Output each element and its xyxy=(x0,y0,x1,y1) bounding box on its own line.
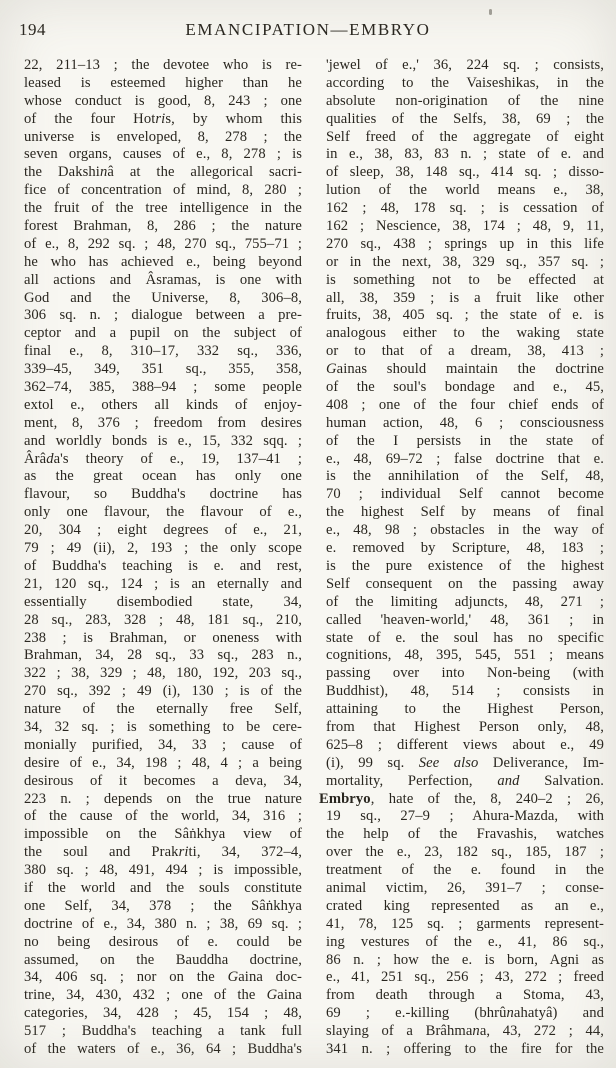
index-line: only one flavour, the flavour of e., xyxy=(17,504,302,522)
index-line: ceptor and a pupil on the subject of xyxy=(17,325,302,343)
index-entry-head: Embryo, hate of the, 8, 240–2 ; 26, xyxy=(319,791,604,809)
index-line: he who has achieved e., being beyond xyxy=(17,254,302,272)
index-line: or to that of a dream, 38, 413 ; xyxy=(319,343,604,361)
index-line: if the world and the souls constitute xyxy=(17,880,302,898)
index-line: ment, 8, 376 ; freedom from desires xyxy=(17,415,302,433)
index-line: 34, 32 sq. ; is something to be cere- xyxy=(17,719,302,737)
index-line: (i), 99 sq. See also Deliverance, Im- xyxy=(319,755,604,773)
index-line: state of e. the soul has no specific xyxy=(319,630,604,648)
index-line: Buddhist), 48, 514 ; consists in xyxy=(319,683,604,701)
index-line: 70 ; individual Self cannot become xyxy=(319,486,604,504)
index-line: slaying of a Brâhmana, 43, 272 ; 44, xyxy=(319,1023,604,1041)
index-line: is something not to be effected at xyxy=(319,272,604,290)
index-line: all actions and Âsramas, is one with xyxy=(17,272,302,290)
index-line: of the I persists in the state of xyxy=(319,433,604,451)
index-line: over the e., 23, 182 sq., 185, 187 ; xyxy=(319,844,604,862)
index-line: extol e., others all kinds of enjoy- xyxy=(17,397,302,415)
index-line: forest Brahman, 8, 286 ; the nature xyxy=(17,218,302,236)
index-line: whose conduct is good, 8, 243 ; one xyxy=(17,93,302,111)
index-line: e., 48, 98 ; obstacles in the way of xyxy=(319,522,604,540)
index-line: Self freed of the aggregate of eight xyxy=(319,129,604,147)
index-line: leased is esteemed higher than he xyxy=(17,75,302,93)
index-line: 322 ; 38, 329 ; 48, 180, 192, 203 sq., xyxy=(17,665,302,683)
index-line: analogous either to the waking state xyxy=(319,325,604,343)
index-line: 339–45, 349, 351 sq., 355, 358, xyxy=(17,361,302,379)
index-line: 270 sq., 438 ; springs up in this life xyxy=(319,236,604,254)
index-line: desirous of it becomes a deva, 34, xyxy=(17,773,302,791)
index-line: the help of the Fravashis, watches xyxy=(319,826,604,844)
index-line: nature of the eternally free Self, xyxy=(17,701,302,719)
index-line: desire of e., 34, 198 ; 48, 4 ; a being xyxy=(17,755,302,773)
index-line: mortality, Perfection, and Salvation. xyxy=(319,773,604,791)
index-line: impossible on the Sâṅkhya view of xyxy=(17,826,302,844)
index-line: 34, 406 sq. ; nor on the Gaina doc- xyxy=(17,969,302,987)
index-line: crated king represented as an e., xyxy=(319,898,604,916)
index-line: the highest Self by means of final xyxy=(319,504,604,522)
index-line: essentially disembodied state, 34, xyxy=(17,594,302,612)
index-line: Gainas should maintain the doctrine xyxy=(319,361,604,379)
index-line: 517 ; Buddha's teaching a tank full xyxy=(17,1023,302,1041)
index-line: the Dakshinâ at the allegorical sacri- xyxy=(17,164,302,182)
index-line: treatment of the e. found in the xyxy=(319,862,604,880)
index-line: of the cause of the world, 34, 316 ; xyxy=(17,808,302,826)
index-line: human action, 48, 6 ; consciousness xyxy=(319,415,604,433)
index-line: God and the Universe, 8, 306–8, xyxy=(17,290,302,308)
index-line: e., 41, 251 sq., 256 ; 43, 272 ; freed xyxy=(319,969,604,987)
index-line: final e., 8, 310–17, 332 sq., 336, xyxy=(17,343,302,361)
index-line: trine, 34, 430, 432 ; one of the Gaina xyxy=(17,987,302,1005)
index-line: animal victim, 26, 391–7 ; conse- xyxy=(319,880,604,898)
index-line: 20, 304 ; eight degrees of e., 21, xyxy=(17,522,302,540)
index-line: all, 38, 359 ; is a fruit like other xyxy=(319,290,604,308)
index-line: cognitions, 48, 395, 545, 551 ; means xyxy=(319,647,604,665)
index-line: Self consequent on the passing away xyxy=(319,576,604,594)
index-line: ing vestures of the e., 41, 86 sq., xyxy=(319,934,604,952)
index-line: passing over into Non-being (with xyxy=(319,665,604,683)
index-column-right: 'jewel of e.,' 36, 224 sq. ; consists,ac… xyxy=(319,57,604,1059)
index-line: 21, 120 sq., 124 ; is an eternally and xyxy=(17,576,302,594)
index-line: qualities of the Selfs, 38, 69 ; the xyxy=(319,111,604,129)
index-line: categories, 34, 428 ; 45, 154 ; 48, xyxy=(17,1005,302,1023)
index-line: no being desirous of e. could be xyxy=(17,934,302,952)
index-line: the soul and Prakriti, 34, 372–4, xyxy=(17,844,302,862)
index-line: one Self, 34, 378 ; the Sâṅkhya xyxy=(17,898,302,916)
index-line: flavour, so Buddha's doctrine has xyxy=(17,486,302,504)
index-line: 625–8 ; different views about e., 49 xyxy=(319,737,604,755)
index-line: 86 n. ; how the e. is born, Agni as xyxy=(319,952,604,970)
index-line: in e., 38, 83, 83 n. ; state of e. and xyxy=(319,146,604,164)
index-line: of the four Hotris, by whom this xyxy=(17,111,302,129)
index-line: called 'heaven-world,' 48, 361 ; in xyxy=(319,612,604,630)
index-line: 380 sq. ; 48, 491, 494 ; is impossible, xyxy=(17,862,302,880)
index-line: 79 ; 49 (ii), 2, 193 ; the only scope xyxy=(17,540,302,558)
index-line: Brahman, 34, 28 sq., 33 sq., 283 n., xyxy=(17,647,302,665)
index-line: is the annihilation of the Self, 48, xyxy=(319,468,604,486)
page-header: 194 EMANCIPATION—EMBRYO xyxy=(0,20,616,44)
index-line: attaining to the Highest Person, xyxy=(319,701,604,719)
index-line: monially purified, 34, 33 ; cause of xyxy=(17,737,302,755)
index-line: 408 ; one of the four chief ends of xyxy=(319,397,604,415)
scan-artifact xyxy=(489,9,492,15)
index-line: 362–74, 385, 388–94 ; some people xyxy=(17,379,302,397)
index-line: 306 sq. n. ; dialogue between a pre- xyxy=(17,307,302,325)
index-line: universe is enveloped, 8, 278 ; the xyxy=(17,129,302,147)
index-line: Ârâda's theory of e., 19, 137–41 ; xyxy=(17,451,302,469)
index-line: assumed, on the Bauddha doctrine, xyxy=(17,952,302,970)
index-line: 270 sq., 392 ; 49 (i), 130 ; is of the xyxy=(17,683,302,701)
index-line: of the soul's bondage and e., 45, xyxy=(319,379,604,397)
index-line: 22, 211–13 ; the devotee who is re- xyxy=(17,57,302,75)
index-column-left: 22, 211–13 ; the devotee who is re-lease… xyxy=(17,57,302,1059)
index-line: absolute non-origination of the nine xyxy=(319,93,604,111)
index-line: lution of the world means e., 38, xyxy=(319,182,604,200)
index-line: seven organs, causes of e., 8, 278 ; is xyxy=(17,146,302,164)
index-line: the fruit of the tree intelligence in th… xyxy=(17,200,302,218)
index-line: 41, 78, 125 sq. ; garments represent- xyxy=(319,916,604,934)
index-line: of e., 8, 292 sq. ; 48, 270 sq., 755–71 … xyxy=(17,236,302,254)
index-line: 'jewel of e.,' 36, 224 sq. ; consists, xyxy=(319,57,604,75)
index-line: 223 n. ; depends on the true nature xyxy=(17,791,302,809)
index-line: 19 sq., 27–9 ; Ahura-Mazda, with xyxy=(319,808,604,826)
index-line: 162 ; 48, 178 sq. ; is cessation of xyxy=(319,200,604,218)
index-line: of sleep, 38, 148 sq., 414 sq. ; disso- xyxy=(319,164,604,182)
book-page: 194 EMANCIPATION—EMBRYO 22, 211–13 ; the… xyxy=(0,0,616,1068)
index-line: doctrine of e., 34, 380 n. ; 38, 69 sq. … xyxy=(17,916,302,934)
index-line: of the waters of e., 36, 64 ; Buddha's xyxy=(17,1041,302,1059)
index-line: 28 sq., 283, 328 ; 48, 181 sq., 210, xyxy=(17,612,302,630)
index-line: 69 ; e.-killing (bhrûnahatyâ) and xyxy=(319,1005,604,1023)
index-line: according to the Vaiseshikas, in the xyxy=(319,75,604,93)
index-line: of Buddha's teaching is e. and rest, xyxy=(17,558,302,576)
index-line: 341 n. ; offering to the fire for the xyxy=(319,1041,604,1059)
index-line: e. removed by Scripture, 48, 183 ; xyxy=(319,540,604,558)
index-line: as the great ocean has only one xyxy=(17,468,302,486)
index-columns: 22, 211–13 ; the devotee who is re-lease… xyxy=(17,57,604,1059)
index-line: 162 ; Nescience, 38, 174 ; 48, 9, 11, xyxy=(319,218,604,236)
index-line: and worldly bonds is e., 15, 332 sqq. ; xyxy=(17,433,302,451)
index-line: 238 ; is Brahman, or oneness with xyxy=(17,630,302,648)
index-line: is the pure existence of the highest xyxy=(319,558,604,576)
index-line: fruits, 38, 405 sq. ; the state of e. is xyxy=(319,307,604,325)
index-line: or in the next, 38, 329 sq., 357 sq. ; xyxy=(319,254,604,272)
index-line: fice of concentration of mind, 8, 280 ; xyxy=(17,182,302,200)
index-line: of the limiting adjuncts, 48, 271 ; xyxy=(319,594,604,612)
running-title: EMANCIPATION—EMBRYO xyxy=(0,20,616,40)
index-line: from that Highest Person only, 48, xyxy=(319,719,604,737)
index-line: e., 48, 69–72 ; false doctrine that e. xyxy=(319,451,604,469)
index-line: from death through a Stoma, 43, xyxy=(319,987,604,1005)
